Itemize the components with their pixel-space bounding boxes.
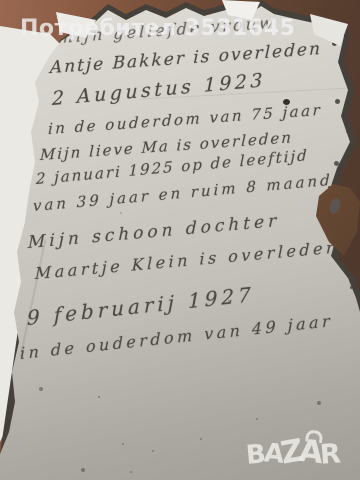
handwritten-line: Antje Bakker is overleden	[50, 39, 323, 78]
user-watermark: Потребител 3531645	[20, 16, 295, 41]
bazar-letter: R	[320, 440, 343, 468]
ink-blot	[283, 99, 290, 105]
bazar-logo: B A Z A R	[246, 437, 341, 468]
paper-crease	[20, 239, 47, 357]
burnt-edge-speckles	[0, 0, 3, 3]
handwritten-page: mijn geliefde vrouw Antje Bakker is over…	[0, 0, 360, 480]
paper-speckles	[0, 0, 2, 2]
listing-photo: mijn geliefde vrouw Antje Bakker is over…	[0, 0, 360, 480]
